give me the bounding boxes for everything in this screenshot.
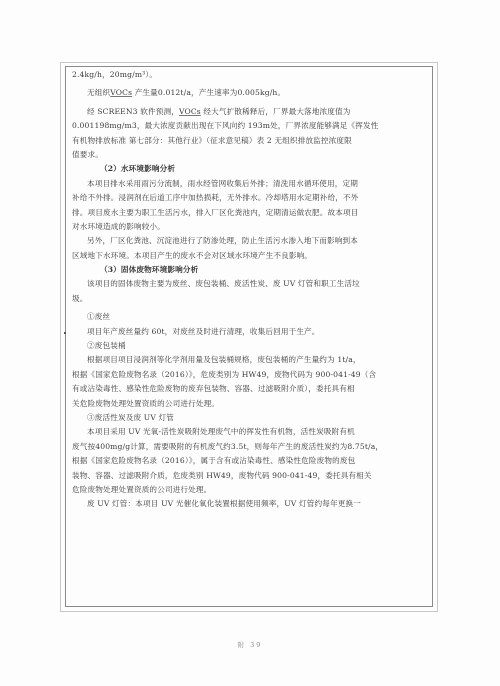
text-line: 危险废物处理处置资质的公司进行处理。 [72, 483, 428, 497]
text-line: 根据《国家危险废物名录（2016）》，属于含有或沾染毒性、感染性危险废物的废包 [72, 454, 428, 468]
text-line: 本项目排水采用雨污分流制，雨水经管网收集后外排；清洗用水循环使用，定期 [72, 177, 428, 191]
section-heading-solid-waste: （3）固体废物环境影响分析 [72, 263, 428, 277]
text-line: 另外，厂区化粪池、沉淀池进行了防渗处理，防止生活污水渗入地下而影响到本 [72, 234, 428, 248]
text-span: 经 SCREEN3 软件预测， [87, 107, 179, 116]
text-line: 关危险废物处理处置资质的公司进行处理。 [72, 397, 428, 411]
text-line: 项目年产废丝量约 60t，对废丝及时进行清理，收集后回用于生产。 [72, 325, 428, 339]
text-line: 有机物排放标准 第七部分：其他行业》（征求意见稿）表 2 无组织排放监控浓度限 [72, 134, 428, 148]
text-line: 根据《国家危险废物名录（2016）》，危废类别为 HW49，废物代码为 900-… [72, 368, 428, 382]
text-span: 无组织 [87, 88, 110, 97]
text-line: 经 SCREEN3 软件预测，VOCs 经大气扩散稀释后，厂界最大落地浓度值为 [72, 105, 428, 119]
text-span: 产生量0.012t/a，产生速率为0.005kg/h。 [132, 88, 285, 97]
text-line: 圾。 [72, 292, 428, 306]
section-heading-water: （2）水环境影响分析 [72, 162, 428, 176]
page-number: 附 39 [0, 640, 500, 649]
subsection-activated-carbon-uv: ③废活性炭及废 UV 灯管 [72, 411, 428, 425]
text-line: 废 UV 灯管：本项目 UV 光催化氧化装置根据使用频率，UV 灯管约每年更换一 [72, 497, 428, 511]
text-line: 该项目的固体废物主要为废丝、废包装桶、废活性炭、废 UV 灯管和职工生活垃 [72, 277, 428, 291]
vocs-term: VOCs [179, 107, 201, 116]
text-line: 本项目采用 UV 光氧-活性炭吸附处理废气中的挥发性有机物，活性炭吸附有机 [72, 425, 428, 439]
text-line: 区域地下水环境。本项目产生的废水不会对区域水环境产生不良影响。 [72, 249, 428, 263]
subsection-waste-buckets: ②废包装桶 [72, 339, 428, 353]
subsection-waste-silk: ①废丝 [72, 310, 428, 324]
text-line: 排。项目废水主要为职工生活污水，排入厂区化粪池内，定期清运做农肥。故本项目 [72, 206, 428, 220]
document-page: 2.4kg/h，20mg/m³）。 无组织VOCs 产生量0.012t/a，产生… [0, 0, 500, 686]
text-line: 无组织VOCs 产生量0.012t/a，产生速率为0.005kg/h。 [72, 86, 428, 100]
vocs-term: VOCs [110, 88, 132, 97]
text-line: 值要求。 [72, 148, 428, 162]
text-line: 装物、容器、过滤吸附介质，危废类别 HW49，废物代码 900-041-49，委… [72, 469, 428, 483]
text-line: 补给不外排。浸润剂在后道工序中加热损耗，无外排水。冷却塔用水定期补给，不外 [72, 191, 428, 205]
text-line: 有或沾染毒性、感染性危险废物的废弃包装物、容器、过滤吸附介质），委托具有相 [72, 382, 428, 396]
text-line: 废气按400mg/g计算，需要吸附的有机废气约3.5t，则每年产生的废活性炭约为… [72, 440, 428, 454]
document-body: 2.4kg/h，20mg/m³）。 无组织VOCs 产生量0.012t/a，产生… [72, 68, 428, 512]
text-line: 根据项目项目浸润剂等化学剂用量及包装桶规格，废包装桶的产生量约为 1t/a， [72, 353, 428, 367]
text-line: 对水环境造成的影响较小。 [72, 220, 428, 234]
margin-mark [64, 332, 66, 334]
text-line: 2.4kg/h，20mg/m³）。 [72, 68, 428, 82]
text-span: 经大气扩散稀释后，厂界最大落地浓度值为 [201, 107, 351, 116]
text-line: 0.001198mg/m3，最大浓度贡献出现在下风向约 193m处，厂界浓度能够… [72, 119, 428, 133]
